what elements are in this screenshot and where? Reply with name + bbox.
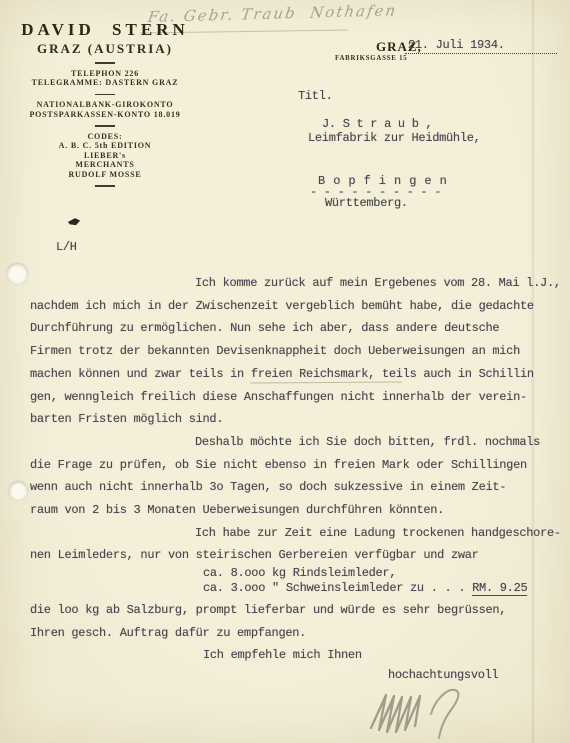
street-address: FABRIKSGASSE 15: [335, 55, 408, 62]
telephone-line: TELEPHON 226: [13, 69, 197, 79]
recipient-salutation: Titl.: [298, 89, 333, 103]
closing-recommend: Ich empfehle mich Ihnen: [203, 648, 362, 662]
letter-page: Fa. Gebr. Traub Nothafen DAVID STERN GRA…: [0, 0, 570, 743]
body-line: Firmen trotz der bekannten Devisenknapph…: [30, 340, 566, 363]
body-line: die Frage zu prüfen, ob Sie nicht ebenso…: [30, 454, 566, 477]
codes-entry: A. B. C. 5th EDITION: [13, 141, 197, 151]
bank-line-1: NATIONALBANK-GIROKONTO: [13, 100, 197, 110]
body-line: die loo kg ab Salzburg, prompt lieferbar…: [30, 599, 506, 622]
offer-line-1: ca. 8.ooo kg Rindsleimleder,: [203, 566, 527, 581]
recipient-region: Württemberg.: [325, 196, 408, 210]
offer-block: ca. 8.ooo kg Rindsleimleder, ca. 3.ooo "…: [203, 566, 527, 597]
company-city: GRAZ (AUSTRIA): [13, 41, 197, 56]
letter-body-continued: die loo kg ab Salzburg, prompt lieferbar…: [30, 599, 506, 644]
body-line: Ich habe zur Zeit eine Ladung trockenen …: [30, 522, 566, 545]
body-line: raum von 2 bis 3 Monaten Ueberweisungen …: [30, 499, 566, 522]
recipient-address: Titl. J. S t r a u b , Leimfabrik zur He…: [298, 86, 333, 104]
body-line: nen Leimleders, nur von steirischen Gerb…: [30, 544, 566, 567]
letterhead: DAVID STERN GRAZ (AUSTRIA) TELEPHON 226 …: [13, 20, 197, 192]
recipient-company: Leimfabrik zur Heidmühle,: [308, 131, 481, 145]
company-name: DAVID STERN: [13, 20, 197, 39]
codes-entry: MERCHANTS: [13, 160, 197, 170]
divider-rule: [95, 62, 115, 64]
body-line: barten Fristen möglich sind.: [30, 408, 566, 431]
body-line: Ihren gesch. Auftrag dafür zu empfangen.: [30, 622, 506, 645]
punch-hole-bottom: [9, 481, 28, 500]
offer-line-2: ca. 3.ooo " Schweinsleimleder zu . . . R…: [203, 581, 527, 596]
body-line: Deshalb möchte ich Sie doch bitten, frdl…: [30, 431, 566, 454]
signature-scrawl: [365, 680, 490, 742]
telegram-line: TELEGRAMME: DASTERN GRAZ: [13, 78, 197, 88]
recipient-name: J. S t r a u b ,: [322, 117, 432, 131]
letter-body: Ich komme zurück auf mein Ergebenes vom …: [30, 272, 566, 567]
divider-rule: [95, 125, 115, 127]
offer-price: RM. 9.25: [472, 581, 527, 596]
codes-entry: RUDOLF MOSSE: [13, 170, 197, 180]
codes-title: CODES:: [13, 132, 197, 142]
divider-rule: [95, 185, 115, 187]
divider-rule: [95, 94, 115, 96]
typed-date: 21. Juli 1934.: [408, 38, 505, 52]
ink-speck: [68, 217, 81, 226]
punch-hole-top: [7, 263, 28, 284]
body-line: nachdem ich mich in der Zwischenzeit ver…: [30, 295, 566, 318]
body-line: Ich komme zurück auf mein Ergebenes vom …: [30, 272, 566, 295]
reference-initials: L/H: [56, 240, 77, 254]
offer-line-2-text: ca. 3.ooo " Schweinsleimleder zu . . .: [203, 581, 472, 595]
body-line: Durchführung zu ermöglichen. Nun sehe ic…: [30, 317, 566, 340]
body-line: wenn auch nicht innerhalb 3o Tagen, so d…: [30, 476, 566, 499]
codes-entry: LIEBER's: [13, 151, 197, 161]
bank-line-2: POSTSPARKASSEN-KONTO 18.019: [13, 110, 197, 120]
body-line: gen, wenngleich freilich diese Anschaffu…: [30, 386, 566, 409]
